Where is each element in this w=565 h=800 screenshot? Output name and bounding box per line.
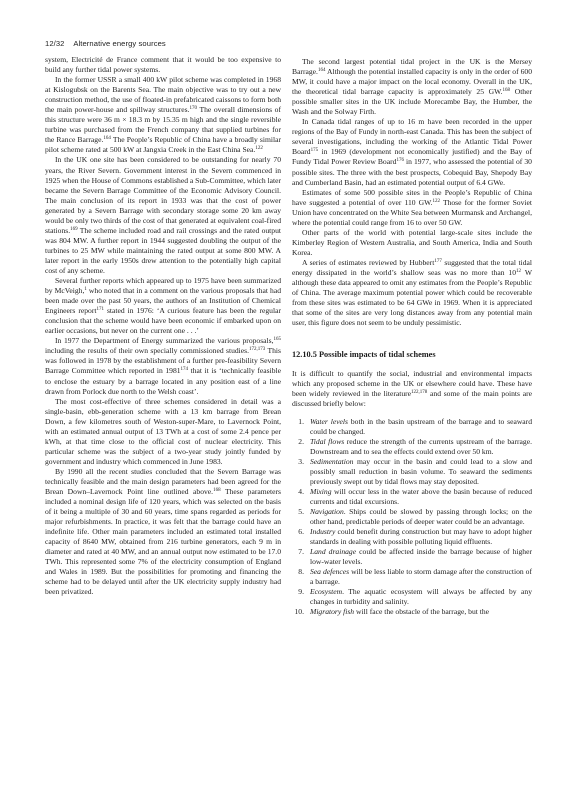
citation: 122,178 (411, 390, 427, 395)
paragraph: Other parts of the world with potential … (292, 228, 532, 258)
left-column: system, Electricité de France comment th… (45, 55, 281, 598)
list-item: 7.Land drainage could be affected inside… (292, 547, 532, 567)
citation: 169 (70, 227, 78, 232)
right-column: The second largest potential tidal proje… (292, 57, 532, 617)
citation: 168 (503, 88, 511, 93)
paragraph: The second largest potential tidal proje… (292, 57, 532, 117)
list-item: 4.Mixing will occur less in the water ab… (292, 487, 532, 507)
section-heading: 12.10.5 Possible impacts of tidal scheme… (292, 350, 532, 360)
page-number: 12/32 (45, 39, 65, 48)
running-title: Alternative energy sources (73, 39, 166, 48)
paragraph: In the UK one site has been considered t… (45, 155, 281, 276)
citation: 122 (255, 146, 263, 151)
citation: 170 (190, 106, 198, 111)
list-item: 1.Water levels both in the basin upstrea… (292, 417, 532, 437)
paragraph: In 1977 the Department of Energy summari… (45, 336, 281, 396)
paragraph: A series of estimates reviewed by Hubber… (292, 258, 532, 328)
list-item: 9.Ecosystem. The aquatic ecosystem will … (292, 587, 532, 607)
list-item: 3.Sedimentation may occur in the basin a… (292, 457, 532, 487)
paragraph: Estimates of some 500 possible sites in … (292, 188, 532, 228)
citation: 172,173 (249, 347, 265, 352)
paragraph: system, Electricité de France comment th… (45, 55, 281, 75)
citation: 174 (181, 367, 189, 372)
paragraph: Several further reports which appeared u… (45, 276, 281, 336)
paragraph: In the former USSR a small 400 kW pilot … (45, 75, 281, 155)
citation: 177 (434, 259, 442, 264)
citation: 165 (274, 337, 282, 342)
running-header: 12/32 Alternative energy sources (45, 39, 166, 48)
paragraph: The most cost-effective of three schemes… (45, 397, 281, 467)
list-item: 8.Sea defences will be less liable to st… (292, 567, 532, 587)
citation: 168 (213, 488, 221, 493)
citation: 122 (433, 199, 441, 204)
list-item: 5.Navigation. Ships could be slowed by p… (292, 507, 532, 527)
section-intro: It is difficult to quantify the social, … (292, 369, 532, 409)
list-item: 10.Migratory fish will face the obstacle… (292, 607, 532, 617)
citation: 171 (96, 307, 104, 312)
citation: 164 (103, 136, 111, 141)
impacts-list: 1.Water levels both in the basin upstrea… (292, 417, 532, 618)
list-item: 2.Tidal flows reduce the strength of the… (292, 437, 532, 457)
paragraph: In Canada tidal ranges of up to 16 m hav… (292, 117, 532, 187)
citation: 176 (396, 158, 404, 163)
list-item: 6.Industry could benefit during construc… (292, 527, 532, 547)
citation: 175 (311, 148, 319, 153)
paragraph: By 1990 all the recent studies concluded… (45, 467, 281, 598)
